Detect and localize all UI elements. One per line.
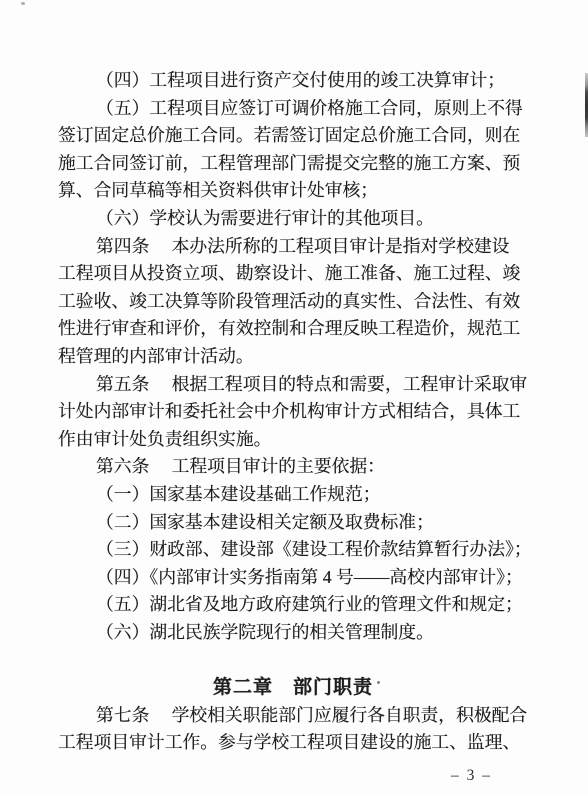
text-line: 第五条 根据工程项目的特点和需要，工程审计采取审	[58, 371, 528, 399]
text-line: 程管理的内部审计活动。	[58, 343, 528, 371]
text-line: 第四条 本办法所称的工程项目审计是指对学校建设	[58, 233, 528, 261]
scan-dot-artifact	[377, 681, 380, 684]
scanned-document-page: （四）工程项目进行资产交付使用的竣工决算审计；（五）工程项目应签订可调价格施工合…	[0, 0, 588, 794]
text-line: 第七条 学校相关职能部门应履行各自职责，积极配合	[58, 702, 528, 730]
text-line: 第六条 工程项目审计的主要依据：	[58, 453, 528, 481]
text-line: （一）国家基本建设基础工作规范；	[58, 481, 528, 509]
text-line: （四）《内部审计实务指南第 4 号——高校内部审计》；	[58, 564, 528, 592]
text-line: （五）湖北省及地方政府建筑行业的管理文件和规定；	[58, 591, 528, 619]
text-line: （五）工程项目应签订可调价格施工合同，原则上不得	[58, 95, 528, 123]
text-line: （三）财政部、建设部《建设工程价款结算暂行办法》；	[58, 536, 528, 564]
page-number: – 3 –	[451, 767, 492, 785]
text-line: 工程项目审计工作。参与学校工程项目建设的施工、监理、	[58, 729, 528, 757]
text-line: （二）国家基本建设相关定额及取费标准；	[58, 509, 528, 537]
text-line: 工验收、竣工决算等阶段管理活动的真实性、合法性、有效	[58, 288, 528, 316]
text-line: （六）湖北民族学院现行的相关管理制度。	[58, 619, 528, 647]
text-line: （六）学校认为需要进行审计的其他项目。	[58, 205, 528, 233]
text-line	[58, 646, 528, 674]
text-line: 作由审计处负责组织实施。	[58, 426, 528, 454]
chapter-heading: 第二章 部门职责	[58, 674, 528, 702]
document-body: （四）工程项目进行资产交付使用的竣工决算审计；（五）工程项目应签订可调价格施工合…	[58, 67, 528, 757]
text-line: 性进行审查和评价，有效控制和合理反映工程造价，规范工	[58, 315, 528, 343]
text-line: 施工合同签订前，工程管理部门需提交完整的施工方案、预	[58, 150, 528, 178]
scan-speck-icon	[21, 2, 25, 5]
text-line: 签订固定总价施工合同。若需签订固定总价施工合同，则在	[58, 122, 528, 150]
text-line: 工程项目从投资立项、勘察设计、施工准备、施工过程、竣	[58, 260, 528, 288]
text-line: 算、合同草稿等相关资料供审计处审核；	[58, 177, 528, 205]
text-line: 计处内部审计和委托社会中介机构审计方式相结合，具体工	[58, 398, 528, 426]
text-line: （四）工程项目进行资产交付使用的竣工决算审计；	[58, 67, 528, 95]
